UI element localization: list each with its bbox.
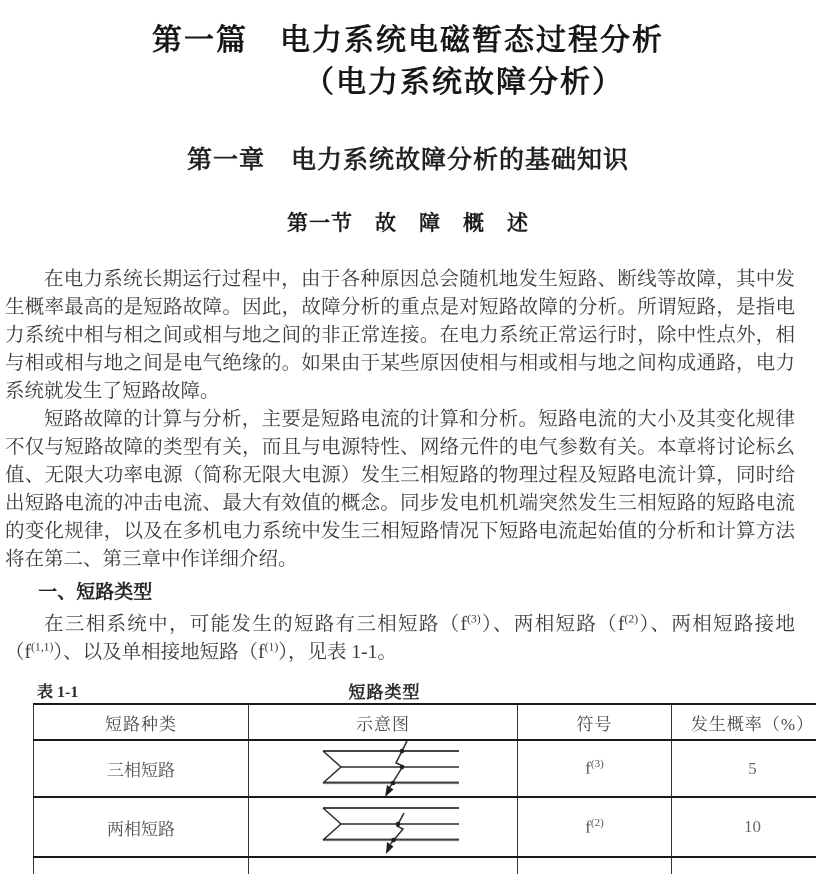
body-text-block: 在电力系统长期运行过程中，由于各种原因总会随机地发生短路、断线等故障，其中发生概… bbox=[5, 266, 795, 667]
table-header-row: 短路种类 示意图 符号 发生概率（%） bbox=[33, 705, 816, 741]
paragraph-short-circuit-kinds: 在三相系统中，可能发生的短路有三相短路（f(3)）、两相短路（f(2)）、两相短… bbox=[5, 611, 795, 667]
header-diagram: 示意图 bbox=[248, 705, 517, 739]
document-page: 第一篇 电力系统电磁暂态过程分析 （电力系统故障分析） 第一章 电力系统故障分析… bbox=[0, 0, 816, 886]
subheading-short-circuit-types: 一、短路类型 bbox=[5, 579, 795, 607]
cell-symbol: f(2) bbox=[517, 798, 671, 856]
paragraph-fault-overview: 在电力系统长期运行过程中，由于各种原因总会随机地发生短路、断线等故障，其中发生概… bbox=[5, 266, 795, 406]
cell-diagram bbox=[248, 741, 517, 796]
paragraph-calculation-analysis: 短路故障的计算与分析，主要是短路电流的计算和分析。短路电流的大小及其变化规律不仅… bbox=[5, 406, 795, 574]
header-symbol: 符号 bbox=[517, 705, 671, 739]
table-row-partial bbox=[33, 858, 816, 874]
cell-kind: 两相短路 bbox=[33, 798, 248, 856]
cell-probability: 10 bbox=[671, 798, 816, 856]
cell-kind: 三相短路 bbox=[33, 741, 248, 796]
table-row-three-phase: 三相短路 f(3) bbox=[33, 741, 816, 798]
cell-symbol: f(3) bbox=[517, 741, 671, 796]
part-title-line2: （电力系统故障分析） bbox=[56, 62, 816, 104]
header-probability: 发生概率（%） bbox=[671, 705, 816, 739]
cell-diagram bbox=[248, 798, 517, 856]
header-kind: 短路种类 bbox=[33, 705, 248, 739]
two-phase-short-circuit-diagram bbox=[283, 796, 483, 858]
part-title-line1: 第一篇 电力系统电磁暂态过程分析 bbox=[0, 0, 816, 62]
table-title: 短路类型 bbox=[33, 678, 736, 703]
table-caption-row: 表 1-1 短路类型 bbox=[33, 677, 816, 703]
three-phase-short-circuit-diagram bbox=[283, 739, 483, 799]
section-title: 第一节 故 障 概 述 bbox=[0, 207, 816, 237]
fault-symbol: f(3) bbox=[585, 758, 604, 779]
chapter-title: 第一章 电力系统故障分析的基础知识 bbox=[0, 140, 816, 176]
short-circuit-types-table: 短路种类 示意图 符号 发生概率（%） 三相短路 bbox=[33, 703, 816, 874]
table-1-1: 表 1-1 短路类型 短路种类 示意图 符号 发生概率（%） 三相短路 bbox=[33, 677, 816, 874]
fault-symbol: f(2) bbox=[585, 817, 604, 838]
table-row-two-phase: 两相短路 f(2) bbox=[33, 798, 816, 858]
cell-probability: 5 bbox=[671, 741, 816, 796]
